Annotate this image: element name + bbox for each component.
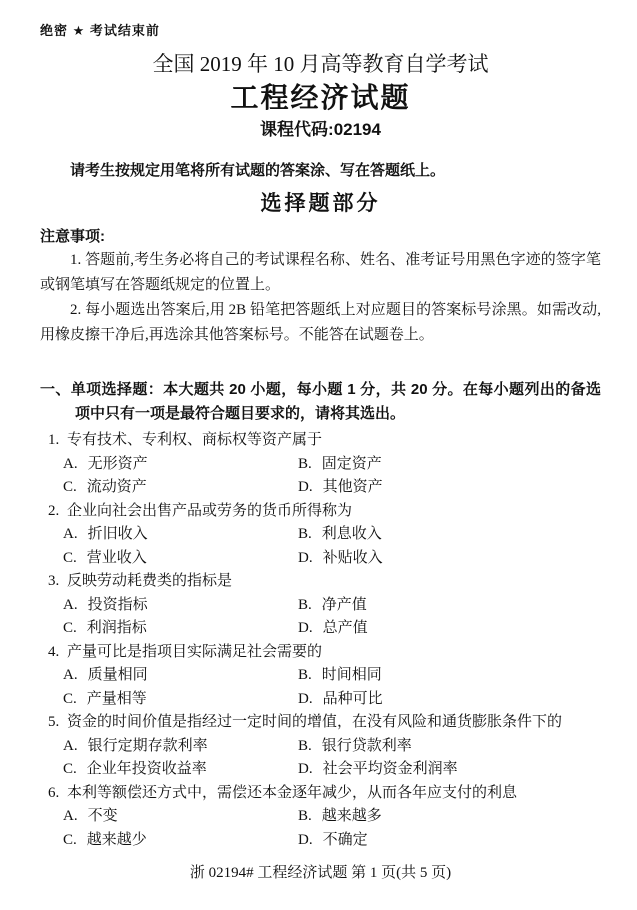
option-c: C.利润指标	[63, 617, 298, 641]
option-key: D.	[298, 688, 313, 712]
option-text: 折旧收入	[88, 526, 148, 542]
question-3: 3.反映劳动耗费类的指标是 A.投资指标 B.净产值 C.利润指标 D.总产值	[40, 570, 601, 641]
option-text: 银行贷款利率	[322, 738, 412, 754]
question-stem: 2.企业向社会出售产品或劳务的货币所得称为	[40, 500, 601, 524]
option-a: A.投资指标	[63, 594, 298, 618]
option-key: A.	[63, 594, 78, 618]
option-key: D.	[298, 829, 313, 853]
exam-title: 全国 2019 年 10 月高等教育自学考试	[40, 50, 601, 78]
option-b: B.利息收入	[298, 523, 601, 547]
option-key: B.	[298, 664, 312, 688]
option-c: C.越来越少	[63, 829, 298, 853]
question-number: 1.	[48, 429, 67, 453]
option-d: D.社会平均资金利润率	[298, 758, 601, 782]
option-key: B.	[298, 523, 312, 547]
option-text: 利息收入	[322, 526, 382, 542]
option-key: C.	[63, 688, 77, 712]
question-number: 6.	[48, 782, 67, 806]
option-group: A.不变 B.越来越多 C.越来越少 D.不确定	[63, 805, 601, 852]
option-c: C.产量相等	[63, 688, 298, 712]
option-c: C.营业收入	[63, 547, 298, 571]
classification-banner: 绝密 ★ 考试结束前	[40, 22, 601, 40]
option-text: 营业收入	[87, 550, 147, 566]
option-key: A.	[63, 453, 78, 477]
option-text: 固定资产	[322, 456, 382, 472]
question-text: 专有技术、专利权、商标权等资产属于	[67, 432, 322, 448]
option-a: A.质量相同	[63, 664, 298, 688]
option-b: B.固定资产	[298, 453, 601, 477]
option-text: 总产值	[323, 620, 368, 636]
option-d: D.品种可比	[298, 688, 601, 712]
option-key: A.	[63, 735, 78, 759]
option-key: C.	[63, 758, 77, 782]
question-5: 5.资金的时间价值是指经过一定时间的增值，在没有风险和通货膨胀条件下的 A.银行…	[40, 711, 601, 782]
option-key: C.	[63, 829, 77, 853]
notes-heading: 注意事项:	[40, 226, 601, 248]
option-key: A.	[63, 805, 78, 829]
option-key: C.	[63, 476, 77, 500]
question-text: 资金的时间价值是指经过一定时间的增值，在没有风险和通货膨胀条件下的	[67, 714, 562, 730]
option-text: 企业年投资收益率	[87, 761, 207, 777]
option-a: A.银行定期存款利率	[63, 735, 298, 759]
question-list: 1.专有技术、专利权、商标权等资产属于 A.无形资产 B.固定资产 C.流动资产…	[40, 429, 601, 852]
question-number: 2.	[48, 500, 67, 524]
question-text: 企业向社会出售产品或劳务的货币所得称为	[67, 503, 352, 519]
option-b: B.时间相同	[298, 664, 601, 688]
question-text: 反映劳动耗费类的指标是	[67, 573, 232, 589]
option-text: 不变	[88, 808, 118, 824]
option-text: 品种可比	[323, 691, 383, 707]
option-text: 越来越多	[322, 808, 382, 824]
option-key: D.	[298, 617, 313, 641]
option-group: A.无形资产 B.固定资产 C.流动资产 D.其他资产	[63, 453, 601, 500]
question-stem: 3.反映劳动耗费类的指标是	[40, 570, 601, 594]
option-text: 净产值	[322, 597, 367, 613]
option-c: C.流动资产	[63, 476, 298, 500]
question-4: 4.产量可比是指项目实际满足社会需要的 A.质量相同 B.时间相同 C.产量相等…	[40, 641, 601, 712]
option-text: 银行定期存款利率	[88, 738, 208, 754]
option-key: D.	[298, 758, 313, 782]
option-b: B.越来越多	[298, 805, 601, 829]
part-title: 选择题部分	[40, 190, 601, 218]
option-b: B.银行贷款利率	[298, 735, 601, 759]
page-footer: 浙 02194# 工程经济试题 第 1 页(共 5 页)	[40, 862, 601, 884]
option-a: A.折旧收入	[63, 523, 298, 547]
option-group: A.折旧收入 B.利息收入 C.营业收入 D.补贴收入	[63, 523, 601, 570]
option-group: A.质量相同 B.时间相同 C.产量相等 D.品种可比	[63, 664, 601, 711]
option-key: D.	[298, 476, 313, 500]
question-text: 产量可比是指项目实际满足社会需要的	[67, 644, 322, 660]
option-text: 补贴收入	[323, 550, 383, 566]
option-text: 无形资产	[88, 456, 148, 472]
note-item-2: 2. 每小题选出答案后,用 2B 铅笔把答题纸上对应题目的答案标号涂黑。如需改动…	[40, 298, 601, 348]
option-text: 不确定	[323, 832, 368, 848]
option-text: 投资指标	[88, 597, 148, 613]
option-text: 质量相同	[88, 667, 148, 683]
option-key: A.	[63, 664, 78, 688]
option-key: C.	[63, 547, 77, 571]
option-d: D.补贴收入	[298, 547, 601, 571]
option-group: A.银行定期存款利率 B.银行贷款利率 C.企业年投资收益率 D.社会平均资金利…	[63, 735, 601, 782]
option-key: B.	[298, 805, 312, 829]
option-text: 产量相等	[87, 691, 147, 707]
option-key: A.	[63, 523, 78, 547]
option-text: 越来越少	[87, 832, 147, 848]
question-2: 2.企业向社会出售产品或劳务的货币所得称为 A.折旧收入 B.利息收入 C.营业…	[40, 500, 601, 571]
option-a: A.无形资产	[63, 453, 298, 477]
option-text: 流动资产	[87, 479, 147, 495]
question-stem: 1.专有技术、专利权、商标权等资产属于	[40, 429, 601, 453]
option-text: 其他资产	[323, 479, 383, 495]
question-number: 4.	[48, 641, 67, 665]
course-code: 课程代码:02194	[40, 118, 601, 142]
option-key: B.	[298, 594, 312, 618]
exam-paper-page: 绝密 ★ 考试结束前 全国 2019 年 10 月高等教育自学考试 工程经济试题…	[0, 0, 637, 910]
question-1: 1.专有技术、专利权、商标权等资产属于 A.无形资产 B.固定资产 C.流动资产…	[40, 429, 601, 500]
option-text: 利润指标	[87, 620, 147, 636]
question-stem: 5.资金的时间价值是指经过一定时间的增值，在没有风险和通货膨胀条件下的	[40, 711, 601, 735]
question-stem: 4.产量可比是指项目实际满足社会需要的	[40, 641, 601, 665]
section-heading: 一、单项选择题：本大题共 20 小题，每小题 1 分，共 20 分。在每小题列出…	[40, 378, 601, 426]
pen-instruction: 请考生按规定用笔将所有试题的答案涂、写在答题纸上。	[40, 160, 601, 182]
option-key: B.	[298, 735, 312, 759]
option-key: B.	[298, 453, 312, 477]
option-text: 社会平均资金利润率	[323, 761, 458, 777]
option-group: A.投资指标 B.净产值 C.利润指标 D.总产值	[63, 594, 601, 641]
option-text: 时间相同	[322, 667, 382, 683]
option-d: D.总产值	[298, 617, 601, 641]
question-6: 6.本利等额偿还方式中，需偿还本金逐年减少，从而各年应支付的利息 A.不变 B.…	[40, 782, 601, 853]
question-text: 本利等额偿还方式中，需偿还本金逐年减少，从而各年应支付的利息	[67, 785, 517, 801]
option-d: D.其他资产	[298, 476, 601, 500]
option-key: D.	[298, 547, 313, 571]
option-d: D.不确定	[298, 829, 601, 853]
question-number: 3.	[48, 570, 67, 594]
option-c: C.企业年投资收益率	[63, 758, 298, 782]
question-number: 5.	[48, 711, 67, 735]
option-b: B.净产值	[298, 594, 601, 618]
note-item-1: 1. 答题前,考生务必将自己的考试课程名称、姓名、准考证号用黑色字迹的签字笔或钢…	[40, 248, 601, 298]
paper-title: 工程经济试题	[40, 80, 601, 116]
question-stem: 6.本利等额偿还方式中，需偿还本金逐年减少，从而各年应支付的利息	[40, 782, 601, 806]
option-key: C.	[63, 617, 77, 641]
option-a: A.不变	[63, 805, 298, 829]
